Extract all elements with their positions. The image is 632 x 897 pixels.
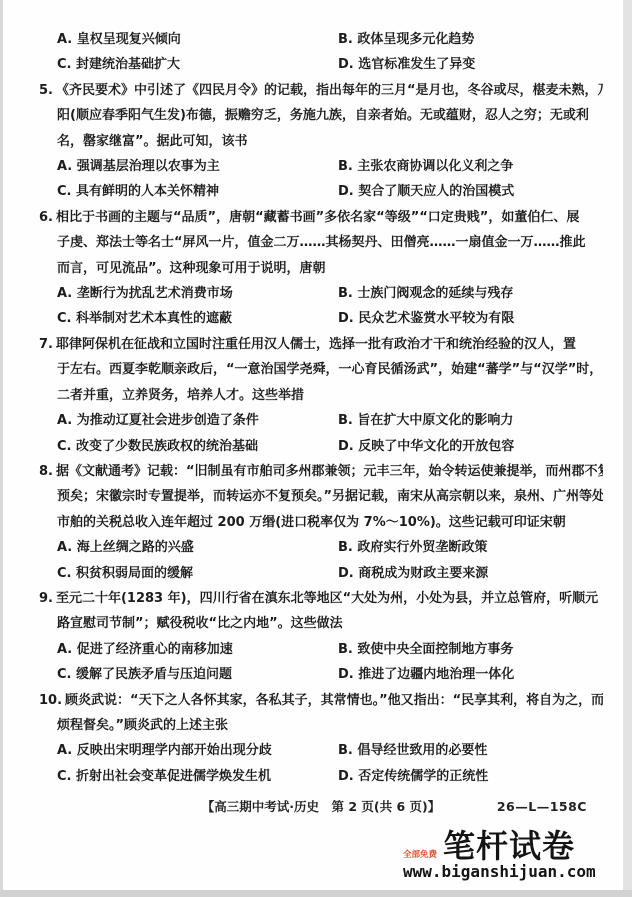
question-10: 10.顾炎武说：“天下之人各怀其家，各私其子，其常情也。”他又指出：“民享其利，… <box>39 688 603 790</box>
stem-line: 而言，可见流品”。这种现象可用于说明，唐朝 <box>39 256 603 281</box>
option-c: C. 科举制对艺术本真性的遮蔽 <box>57 306 338 331</box>
question-7: 7.耶律阿保机在征战和立国时注重任用汉人儒士，选择一批有政治才干和统治经验的汉人… <box>39 332 603 459</box>
option-d: D. 反映了中华文化的开放包容 <box>338 434 603 459</box>
stem-line: 8.据《文献通考》记载：“旧制虽有市舶司多州郡兼领；元丰三年，始令转运使兼提举，… <box>39 459 603 484</box>
option-b: B. 士族门阀观念的延续与残存 <box>338 281 603 306</box>
stem-line: 于左右。西夏李乾顺亲政后，“一意治国学尧舜，一心育民循汤武”，始建“蕃学”与“汉… <box>39 357 603 382</box>
stem-line: 市舶的关税总收入连年超过 200 万缗(进口税率仅为 7%～10%)。这些记载可… <box>39 510 603 535</box>
stem-text: 据《文献通考》记载：“旧制虽有市舶司多州郡兼领；元丰三年，始令转运使兼提举，而州… <box>56 464 603 479</box>
option-d: D. 否定传统儒学的正统性 <box>338 764 603 789</box>
options-row-1: A. 为推动辽夏社会进步创造了条件 B. 旨在扩大中原文化的影响力 <box>39 408 603 433</box>
option-d: D. 推进了边疆内地治理一体化 <box>338 662 603 687</box>
options-row-2: C. 科举制对艺术本真性的遮蔽 D. 民众艺术鉴赏水平较为有限 <box>39 306 603 331</box>
option-a: A. 皇权呈现复兴倾向 <box>57 27 338 52</box>
options-row-1: A. 强调基层治理以农事为主 B. 主张农商协调以化义利之争 <box>39 154 603 179</box>
stem-line: 二者并重，立养贤务，培养人才。这些举措 <box>39 383 603 408</box>
stem-line: 路宣慰司节制”；赋役税收“比之内地”。这些做法 <box>39 611 603 636</box>
carryover-options-row-2: C. 封建统治基础扩大 D. 选官标准发生了异变 <box>39 52 603 77</box>
question-number: 10. <box>39 688 62 713</box>
question-5: 5.《齐民要术》中引述了《四民月令》的记载，指出每年的三月“是月也，冬谷或尽，椹… <box>39 78 603 205</box>
scan-edge-right <box>623 0 632 897</box>
question-number: 9. <box>39 586 53 611</box>
question-number: 7. <box>39 332 53 357</box>
question-6: 6.相比于书画的主题与“品质”，唐朝“藏蓄书画”多依名家“等级”“口定贵贱”，如… <box>39 205 603 332</box>
options-row-1: A. 促进了经济重心的南移加速 B. 致使中央全面控制地方事务 <box>39 637 603 662</box>
stem-line: 阳(顺应春季阳气生发)布德，振赡穷乏，务施九族，自亲者始。无或蕴财，忍人之穷；无… <box>39 103 603 128</box>
question-number: 5. <box>39 78 53 103</box>
stem-line: 名，罄家继富”。据此可知，该书 <box>39 129 603 154</box>
stem-line: 7.耶律阿保机在征战和立国时注重任用汉人儒士，选择一批有政治才干和统治经验的汉人… <box>39 332 603 357</box>
footer-title-page: 【高三期中考试·历史 第 2 页(共 6 页)】 <box>202 799 440 814</box>
option-b: B. 政体呈现多元化趋势 <box>338 27 603 52</box>
options-row-2: C. 缓解了民族矛盾与压迫问题 D. 推进了边疆内地治理一体化 <box>39 662 603 687</box>
paper-code: 26—L—158C <box>497 794 587 819</box>
option-b: B. 旨在扩大中原文化的影响力 <box>338 408 603 433</box>
options-row-2: C. 积贫积弱局面的缓解 D. 商税成为财政主要来源 <box>39 561 603 586</box>
option-b: B. 倡导经世致用的必要性 <box>338 738 603 763</box>
option-c: C. 缓解了民族矛盾与压迫问题 <box>57 662 338 687</box>
stem-text: 顾炎武说：“天下之人各怀其家，各私其子，其常情也。”他又指出：“民享其利，将自为… <box>65 693 603 708</box>
stem-line: 10.顾炎武说：“天下之人各怀其家，各私其子，其常情也。”他又指出：“民享其利，… <box>39 688 603 713</box>
options-row-2: C. 改变了少数民族政权的统治基础 D. 反映了中华文化的开放包容 <box>39 434 603 459</box>
stem-line: 预矣；宋徽宗时专置提举，而转运亦不复预矣。”另据记载，南宋从高宗朝以来，泉州、广… <box>39 484 603 509</box>
option-a: A. 垄断行为扰乱艺术消费市场 <box>57 281 338 306</box>
options-row-1: A. 海上丝绸之路的兴盛 B. 政府实行外贸垄断政策 <box>39 535 603 560</box>
option-b: B. 政府实行外贸垄断政策 <box>338 535 603 560</box>
option-c: C. 积贫积弱局面的缓解 <box>57 561 338 586</box>
options-row-1: A. 反映出宋明理学内部开始出现分歧 B. 倡导经世致用的必要性 <box>39 738 603 763</box>
option-a: A. 海上丝绸之路的兴盛 <box>57 535 338 560</box>
option-b: B. 主张农商协调以化义利之争 <box>338 154 603 179</box>
question-number: 6. <box>39 205 53 230</box>
stem-text: 耶律阿保机在征战和立国时注重任用汉人儒士，选择一批有政治才干和统治经验的汉人，置 <box>56 337 576 352</box>
stem-line: 子虔、郑法士等名士“屏风一片，值金二万……其杨契丹、田僧亮……一扇值金一万……推… <box>39 230 603 255</box>
option-d: D. 民众艺术鉴赏水平较为有限 <box>338 306 603 331</box>
question-number: 8. <box>39 459 53 484</box>
watermark-free-tag: 全部免费 <box>403 851 437 860</box>
option-c: C. 改变了少数民族政权的统治基础 <box>57 434 338 459</box>
options-row-1: A. 垄断行为扰乱艺术消费市场 B. 士族门阀观念的延续与残存 <box>39 281 603 306</box>
stem-text: 《齐民要术》中引述了《四民月令》的记载，指出每年的三月“是月也，冬谷或尽，椹麦未… <box>56 83 603 98</box>
option-c: C. 折射出社会变革促进儒学焕发生机 <box>57 764 338 789</box>
option-c: C. 封建统治基础扩大 <box>57 52 338 77</box>
scan-edge-bottom <box>0 890 632 897</box>
stem-line: 6.相比于书画的主题与“品质”，唐朝“藏蓄书画”多依名家“等级”“口定贵贱”，如… <box>39 205 603 230</box>
option-a: A. 为推动辽夏社会进步创造了条件 <box>57 408 338 433</box>
options-row-2: C. 具有鲜明的人本关怀精神 D. 契合了顺天应人的治国模式 <box>39 179 603 204</box>
exam-sheet: A. 皇权呈现复兴倾向 B. 政体呈现多元化趋势 C. 封建统治基础扩大 D. … <box>3 0 623 890</box>
question-9: 9.至元二十年(1283 年)，四川行省在滇东北等地区“大处为州，小处为县，并立… <box>39 586 603 688</box>
stem-line: 5.《齐民要术》中引述了《四民月令》的记载，指出每年的三月“是月也，冬谷或尽，椹… <box>39 78 603 103</box>
option-d: D. 选官标准发生了异变 <box>338 52 603 77</box>
stem-text: 至元二十年(1283 年)，四川行省在滇东北等地区“大处为州，小处为县，并立总管… <box>56 591 598 606</box>
option-a: A. 强调基层治理以农事为主 <box>57 154 338 179</box>
question-8: 8.据《文献通考》记载：“旧制虽有市舶司多州郡兼领；元丰三年，始令转运使兼提举，… <box>39 459 603 586</box>
watermark-url: www.biganshijuan.com <box>403 862 593 881</box>
carryover-options-row-1: A. 皇权呈现复兴倾向 B. 政体呈现多元化趋势 <box>39 27 603 52</box>
site-watermark: 全部免费 笔杆试卷 www.biganshijuan.com <box>403 830 593 881</box>
options-row-2: C. 折射出社会变革促进儒学焕发生机 D. 否定传统儒学的正统性 <box>39 764 603 789</box>
scanned-exam-page: { "accent_color": "#e8401c", "carryover_… <box>0 0 632 897</box>
stem-line: 烦程督矣。”顾炎武的上述主张 <box>39 713 603 738</box>
page-footer: 【高三期中考试·历史 第 2 页(共 6 页)】 26—L—158C <box>39 794 603 819</box>
option-b: B. 致使中央全面控制地方事务 <box>338 637 603 662</box>
option-a: A. 促进了经济重心的南移加速 <box>57 637 338 662</box>
stem-line: 9.至元二十年(1283 年)，四川行省在滇东北等地区“大处为州，小处为县，并立… <box>39 586 603 611</box>
option-c: C. 具有鲜明的人本关怀精神 <box>57 179 338 204</box>
option-a: A. 反映出宋明理学内部开始出现分歧 <box>57 738 338 763</box>
option-d: D. 契合了顺天应人的治国模式 <box>338 179 603 204</box>
stem-text: 相比于书画的主题与“品质”，唐朝“藏蓄书画”多依名家“等级”“口定贵贱”，如董伯… <box>56 210 579 225</box>
option-d: D. 商税成为财政主要来源 <box>338 561 603 586</box>
